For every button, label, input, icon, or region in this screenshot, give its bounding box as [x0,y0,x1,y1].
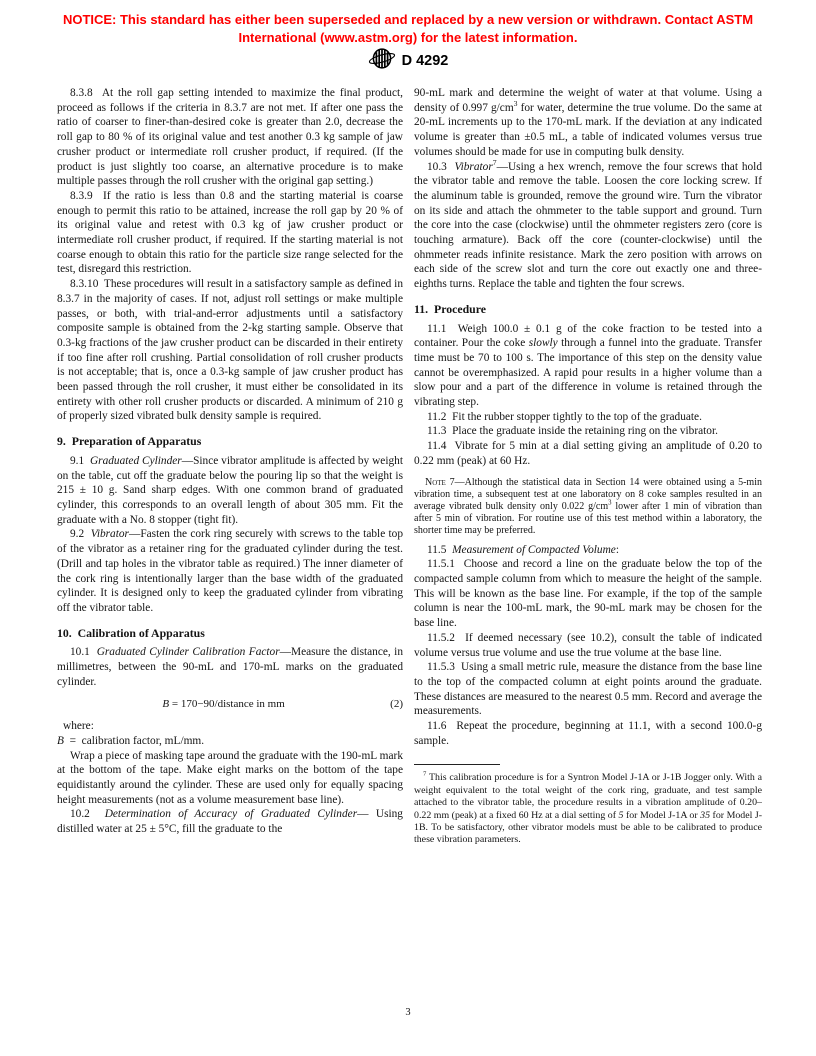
para-8-3-10: 8.3.10 These procedures will result in a… [57,277,403,424]
para-10-3: 10.3 Vibrator7—Using a hex wrench, remov… [414,160,762,292]
para-8-3-8: 8.3.8 At the roll gap setting intended t… [57,86,403,189]
para-11-5: 11.5 Measurement of Compacted Volume: [414,543,762,558]
astm-logo-icon [368,48,396,74]
para-11-5-1: 11.5.1 Choose and record a line on the g… [414,557,762,631]
para-masking-tape: Wrap a piece of masking tape around the … [57,749,403,808]
para-9-1: 9.1 Graduated Cylinder—Since vibrator am… [57,454,403,528]
para-11-1: 11.1 Weigh 100.0 ± 0.1 g of the coke fra… [414,322,762,410]
para-11-3: 11.3 Place the graduate inside the retai… [414,424,762,439]
heading-section-11: 11. Procedure [414,302,762,317]
right-column: 90-mL mark and determine the weight of w… [414,86,762,847]
para-11-4: 11.4 Vibrate for 5 min at a dial setting… [414,439,762,468]
note-7: Note 7—Although the statistical data in … [414,477,762,538]
notice-line-1: NOTICE: This standard has either been su… [38,11,778,29]
standard-designation: D 4292 [402,53,449,69]
para-9-2: 9.2 Vibrator—Fasten the cork ring secure… [57,527,403,615]
equation-2-number: (2) [390,697,403,712]
equation-2-formula: B = 170−90/distance in mm [57,697,390,712]
para-10-1: 10.1 Graduated Cylinder Calibration Fact… [57,645,403,689]
heading-section-9: 9. Preparation of Apparatus [57,434,403,449]
footnote-7: 7 This calibration procedure is for a Sy… [414,772,762,846]
para-10-2: 10.2 Determination of Accuracy of Gradua… [57,807,403,836]
heading-section-10: 10. Calibration of Apparatus [57,626,403,641]
para-10-2-continued: 90-mL mark and determine the weight of w… [414,86,762,160]
para-11-2: 11.2 Fit the rubber stopper tightly to t… [414,410,762,425]
page-number: 3 [0,1007,816,1018]
para-11-5-3: 11.5.3 Using a small metric rule, measur… [414,660,762,719]
para-8-3-9: 8.3.9 If the ratio is less than 0.8 and … [57,189,403,277]
footnote-divider [414,764,500,765]
left-column: 8.3.8 At the roll gap setting intended t… [57,86,403,837]
superseded-notice: NOTICE: This standard has either been su… [38,11,778,46]
equation-2: B = 170−90/distance in mm (2) [57,697,403,712]
para-11-5-2: 11.5.2 If deemed necessary (see 10.2), c… [414,631,762,660]
document-header: D 4292 [0,48,816,74]
para-11-6: 11.6 Repeat the procedure, beginning at … [414,719,762,748]
notice-line-2: International (www.astm.org) for the lat… [38,29,778,47]
where-label: where: [57,719,403,734]
where-definition-B: B = calibration factor, mL/mm. [57,734,403,749]
